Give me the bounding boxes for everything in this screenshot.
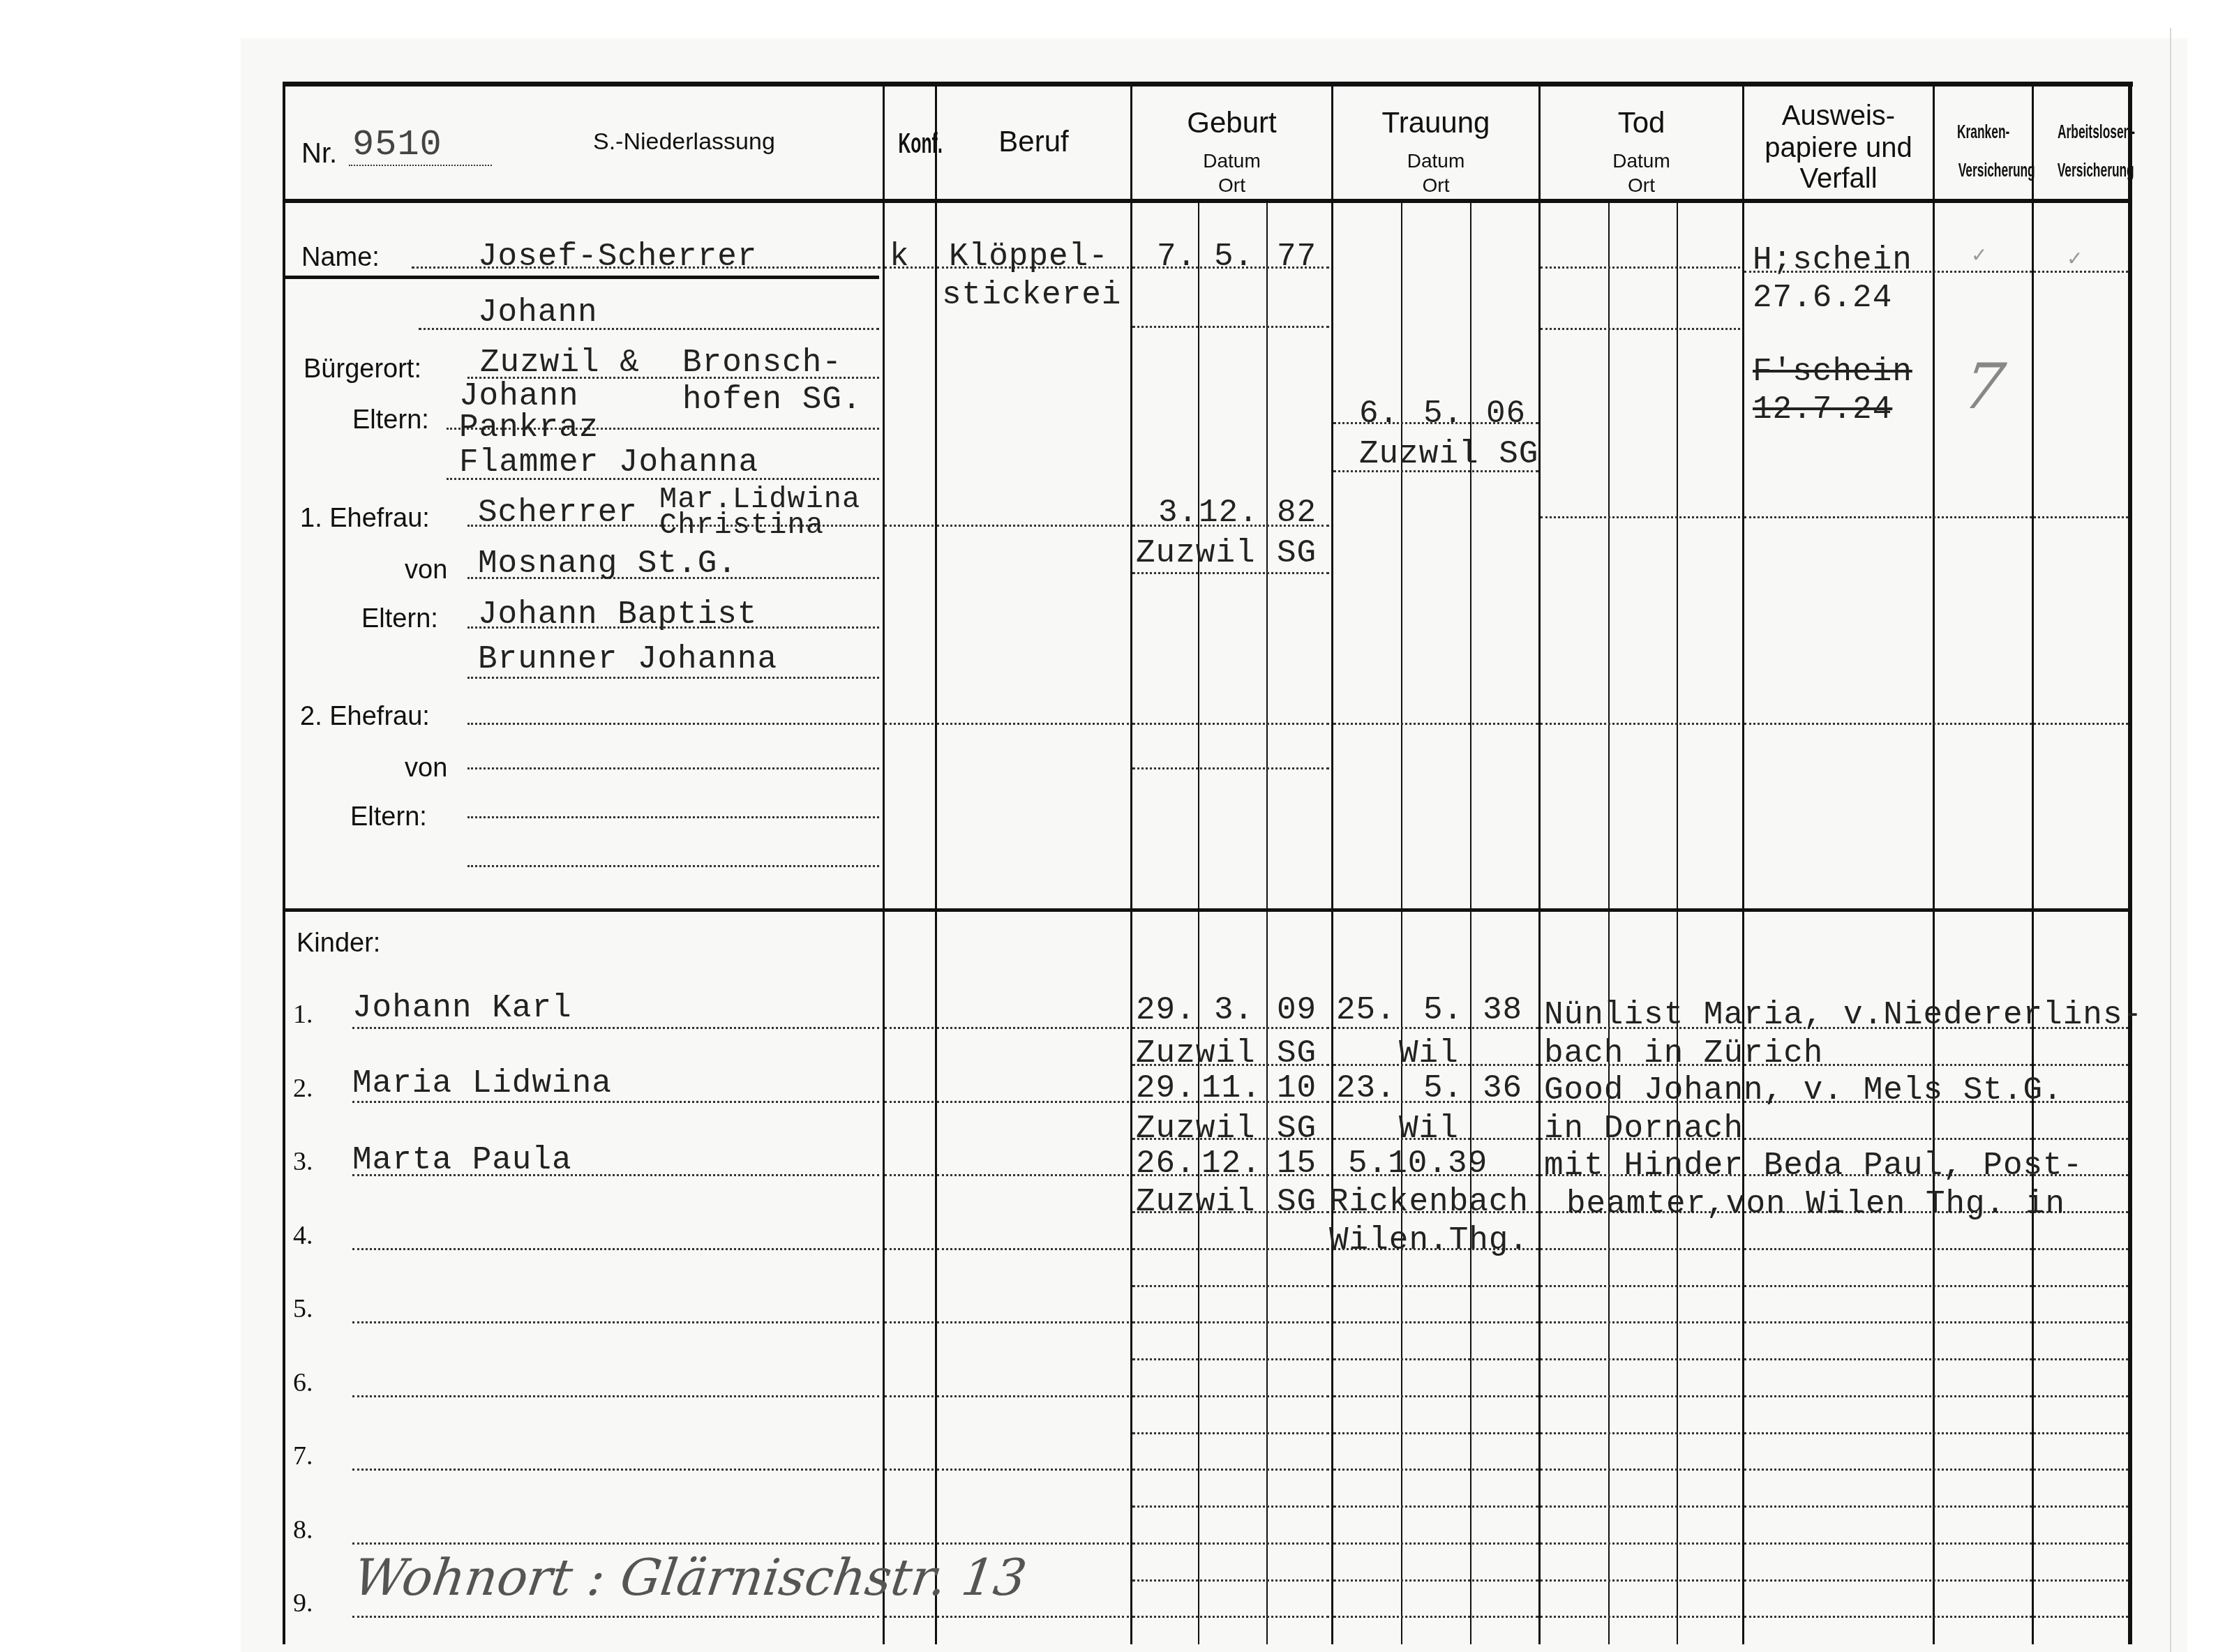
dotline-ehefrau2-trauung	[1333, 723, 1538, 725]
kind-number: 2.	[293, 1075, 313, 1102]
kind-row-mid-dotline	[1132, 1579, 1329, 1582]
kind-row-dotline	[352, 1027, 879, 1029]
right-border	[2128, 82, 2132, 1644]
header-kranken-2: Versicherung	[1935, 160, 2032, 180]
kind-row-dotline	[937, 1027, 1129, 1029]
kind-row-dotline	[1541, 1469, 1740, 1471]
ehefrau1-geburt-monat: 12.	[1199, 497, 1259, 529]
kind-row-mid-dotline	[1541, 1579, 1740, 1582]
kind1-geb-tag: 29.	[1136, 994, 1196, 1026]
kind1-geb-ort-a: Zuzwil	[1136, 1037, 1256, 1069]
kind-row-mid-dotline	[1541, 1358, 1740, 1360]
handwritten-wohnort-note: Wohnort : Glärnischstr. 13	[351, 1552, 1030, 1602]
ehefrau1-geburt-ort-b: SG	[1277, 537, 1317, 569]
kind-row-dotline	[885, 1174, 934, 1176]
col-arbeitslosen-left	[2032, 87, 2034, 1644]
header-kranken-2-text: Versicherung	[1958, 160, 2035, 180]
kranken-check-icon: ✓	[1971, 246, 1987, 265]
kind-row-mid-dotline	[1132, 1505, 1329, 1508]
col-kranken-left	[1933, 87, 1935, 1644]
dotline-ehefrau2-eltern-1	[467, 816, 879, 818]
header-trauung-ort: Ort	[1333, 176, 1538, 195]
kind-row-mid-dotline	[1333, 1579, 1538, 1582]
kind2-geb-monat: 11.	[1201, 1072, 1261, 1104]
kind2-geb-ort-a: Zuzwil	[1136, 1113, 1256, 1145]
trauung-tag: 6.	[1359, 398, 1399, 430]
ehefrau1-eltern-mutter: Brunner Johanna	[478, 643, 777, 675]
document-number: 9510	[352, 127, 442, 163]
kind-number: 8.	[293, 1517, 313, 1543]
kind2-geb-tag: 29.	[1136, 1072, 1196, 1104]
kind1-name: Johann Karl	[352, 992, 572, 1024]
kind-row-dotline	[937, 1542, 1129, 1545]
dotline-ehefrau1-ausweis	[1744, 516, 2128, 518]
dotline-ehefrau2-konf	[885, 723, 934, 725]
label-name: Name:	[301, 244, 380, 271]
kind3-note-1: mit Hinder Beda Paul, Post-	[1544, 1150, 2083, 1182]
top-border	[283, 82, 2133, 87]
trauung-sub2	[1470, 203, 1471, 1644]
dotline-ehefrau2-geburt	[1132, 723, 1329, 725]
col-ausweis-left	[1742, 87, 1744, 1644]
kind-row-dotline	[352, 1321, 879, 1323]
ausweis-1-line1: H;schein	[1753, 244, 1912, 276]
person-konfession: k	[890, 241, 910, 273]
kinder-divider	[283, 908, 2132, 912]
header-arbeitslosen-2: Versicherung	[2034, 160, 2128, 180]
dotline-ehefrau2-von	[467, 767, 879, 769]
kind-row-mid-dotline	[1744, 1579, 2128, 1582]
kind-row-dotline	[885, 1101, 934, 1103]
ehefrau1-geburt-tag: 3.	[1158, 497, 1198, 529]
kind-row-mid-dotline	[1744, 1358, 2128, 1360]
kind-row-mid-dotline	[1132, 1358, 1329, 1360]
trauung-ort: Zuzwil SG	[1359, 438, 1538, 470]
kind-number: 4.	[293, 1222, 313, 1249]
label-buergerort: Bürgerort:	[304, 356, 421, 382]
eltern-vater-2: Pankraz	[459, 412, 599, 444]
tod-sub2	[1677, 203, 1678, 1644]
dotline-ehefrau1-ort	[1132, 572, 1329, 574]
header-trauung-datum: Datum	[1333, 151, 1538, 171]
kind-row-dotline	[1333, 1321, 1538, 1323]
kind1-geb-ort-b: SG	[1277, 1037, 1317, 1069]
kind3-note-2: beamter,von Wilen Thg. in	[1566, 1188, 2065, 1220]
kind-row-dotline	[1132, 1542, 1329, 1545]
kind-row-dotline	[1541, 1616, 1740, 1618]
kind-row-mid-dotline	[1132, 1432, 1329, 1434]
kind-row-dotline	[885, 1542, 934, 1545]
kind-row-dotline	[1132, 1248, 1329, 1250]
col-tod-left	[1538, 87, 1541, 1644]
header-kranken-1-text: Kranken-	[1957, 122, 2009, 142]
trauung-monat: 5.	[1423, 398, 1463, 430]
form-title: S.-Niederlassung	[593, 130, 775, 153]
ehefrau1-eltern-vater: Johann Baptist	[478, 599, 757, 631]
kind1-geb-monat: 3.	[1214, 994, 1254, 1026]
kind-row-dotline	[1132, 1395, 1329, 1397]
kind-row-mid-dotline	[1333, 1285, 1538, 1287]
buergerort-1b: Bronsch-	[682, 347, 842, 379]
kind-number: 3.	[293, 1148, 313, 1175]
kind-row-dotline	[937, 1321, 1129, 1323]
eltern-mutter: Flammer Johanna	[459, 446, 758, 479]
kind-row-mid-dotline	[1541, 1285, 1740, 1287]
eltern-vater-1: Johann	[459, 380, 579, 412]
person-beruf-1: Klöppel-	[949, 241, 1109, 273]
kind-row-dotline	[885, 1027, 934, 1029]
kind-number: 9.	[293, 1590, 313, 1616]
header-arbeitslosen-1-text: Arbeitslosen-	[2058, 122, 2135, 142]
kind1-tr-monat: 5.	[1423, 994, 1463, 1026]
kind-row-dotline	[1333, 1616, 1538, 1618]
kind3-geb-jahr: 15	[1277, 1148, 1317, 1180]
person-name: Josef-Scherrer	[478, 241, 757, 273]
kind3-tr-ort-1: Rickenbach	[1329, 1186, 1529, 1218]
ausweis-2-line1: F'schein	[1753, 356, 1912, 388]
trauung-sub1	[1401, 203, 1402, 1644]
kind-row-dotline	[352, 1469, 879, 1471]
dotline-tod-1	[1541, 266, 1740, 269]
kind2-tr-jahr: 36	[1483, 1072, 1522, 1104]
dotline-ehefrau1-beruf	[937, 525, 1129, 527]
label-ehefrau2: 2. Ehefrau:	[300, 703, 430, 730]
kind-number: 6.	[293, 1369, 313, 1396]
header-arbeitslosen-2-text: Versicherung	[2058, 160, 2134, 180]
ehefrau1-geburt-jahr: 82	[1277, 497, 1317, 529]
kind3-tr-date: 5.10.39	[1348, 1148, 1488, 1180]
col-konf-left	[883, 87, 885, 1644]
kind-row-dotline	[1541, 1248, 1740, 1250]
kind-row-dotline	[1744, 1395, 2128, 1397]
kind-row-dotline	[885, 1248, 934, 1250]
kind-row-dotline	[937, 1248, 1129, 1250]
kind-row-dotline	[937, 1469, 1129, 1471]
kind-row-dotline	[1132, 1321, 1329, 1323]
ehefrau1-vornamen-2: Christina	[659, 511, 824, 540]
kind-row-dotline	[1333, 1469, 1538, 1471]
person-geburt-tag: 7.	[1157, 241, 1197, 273]
arbeitslosen-check-icon: ✓	[2067, 249, 2083, 269]
header-beruf: Beruf	[937, 127, 1130, 156]
dotline-ehefrau2-ort	[1132, 767, 1329, 769]
kind-number: 1.	[293, 1001, 313, 1028]
kind2-tr-ort: Wil	[1399, 1113, 1459, 1145]
kind-row-dotline	[1541, 1395, 1740, 1397]
header-trauung: Trauung	[1333, 108, 1538, 137]
kind3-tr-ort-2: Wilen.Thg.	[1329, 1224, 1529, 1256]
trauung-jahr: 06	[1486, 398, 1526, 430]
person-geburt-monat: 5.	[1214, 241, 1254, 273]
kind-row-dotline	[885, 1395, 934, 1397]
kind-row-dotline	[352, 1542, 879, 1545]
number-dotline	[349, 165, 492, 166]
dotline-ehefrau2-eltern-2	[467, 865, 879, 867]
header-ausweis-1: Ausweis-	[1744, 102, 1933, 130]
ausweis-2-line2: 12.7.24	[1753, 393, 1892, 426]
dotline-ehefrau2-ausweis	[1744, 723, 2128, 725]
geburt-sub2	[1266, 203, 1268, 1644]
kind3-geb-monat: 12.	[1201, 1148, 1261, 1180]
kind-row-dotline	[937, 1101, 1129, 1103]
number-label: Nr.	[301, 140, 337, 167]
label-ehefrau1: 1. Ehefrau:	[300, 505, 430, 532]
kind3-name: Marta Paula	[352, 1144, 572, 1176]
kind3-geb-ort-a: Zuzwil	[1136, 1186, 1256, 1218]
geburt-sub1	[1198, 203, 1199, 1644]
kind1-geb-jahr: 09	[1277, 994, 1317, 1026]
header-konf: Konf.	[885, 130, 935, 158]
kind-number: 5.	[293, 1296, 313, 1322]
kind2-note-2: in Dornach	[1544, 1113, 1744, 1145]
kind-row-dotline	[937, 1616, 1129, 1618]
kind2-note-1: Good Johann, v. Mels St.G.	[1544, 1074, 2063, 1106]
ehefrau1-geburt-ort-a: Zuzwil	[1136, 537, 1256, 569]
kind-row-dotline	[1744, 1321, 2128, 1323]
dotline-ehefrau1-konf	[885, 525, 934, 527]
tod-sub1	[1608, 203, 1610, 1644]
ehefrau1-von: Mosnang St.G.	[478, 548, 737, 580]
header-geburt-ort: Ort	[1132, 176, 1331, 195]
kind2-name: Maria Lidwina	[352, 1067, 612, 1099]
person-vorname: Johann	[478, 296, 598, 329]
kind-row-dotline	[937, 1174, 1129, 1176]
dotline-ehefrau1-tod	[1541, 516, 1740, 518]
kind-row-dotline	[1333, 1542, 1538, 1545]
kind-row-dotline	[1541, 1321, 1740, 1323]
left-border	[283, 82, 285, 1644]
person-beruf-2: stickerei	[942, 279, 1121, 311]
kind-row-mid-dotline	[1744, 1505, 2128, 1508]
ausweis-1-line2: 27.6.24	[1753, 282, 1892, 314]
header-tod-datum: Datum	[1541, 151, 1742, 171]
name-underline	[283, 276, 879, 279]
paper-edge	[2170, 28, 2171, 1652]
kind-number: 7.	[293, 1443, 313, 1469]
kind2-tr-tag: 23.	[1336, 1072, 1396, 1104]
kind-row-mid-dotline	[1132, 1285, 1329, 1287]
header-tod: Tod	[1541, 108, 1742, 137]
label-kinder: Kinder:	[297, 930, 380, 956]
kind-row-dotline	[1132, 1616, 1329, 1618]
header-bottom-border	[283, 199, 2132, 203]
dotline-geburt-2	[1132, 326, 1329, 328]
kind-row-mid-dotline	[1333, 1505, 1538, 1508]
kind-row-dotline	[1744, 1248, 2128, 1250]
label-ehefrau2-eltern: Eltern:	[350, 804, 427, 830]
kind1-note-2: bach in Zürich	[1544, 1037, 1823, 1069]
kind-row-mid-dotline	[1333, 1358, 1538, 1360]
kind2-geb-jahr: 10	[1277, 1072, 1317, 1104]
header-geburt: Geburt	[1132, 108, 1331, 137]
kind-row-mid-dotline	[1333, 1432, 1538, 1434]
kind-row-dotline	[937, 1395, 1129, 1397]
kind1-tr-ort: Wil	[1399, 1037, 1459, 1069]
label-eltern: Eltern:	[352, 407, 429, 433]
kind3-geb-ort-b: SG	[1277, 1186, 1317, 1218]
col-beruf-left	[935, 87, 937, 1644]
kind1-tr-jahr: 38	[1483, 994, 1522, 1026]
kind-row-dotline	[885, 1321, 934, 1323]
kind1-tr-tag: 25.	[1336, 994, 1396, 1026]
col-geburt-left	[1130, 87, 1132, 1644]
header-geburt-datum: Datum	[1132, 151, 1331, 171]
header-tod-ort: Ort	[1541, 176, 1742, 195]
kind-row-dotline	[1541, 1542, 1740, 1545]
buergerort-2: hofen SG.	[682, 384, 862, 416]
label-ehefrau1-von: von	[405, 557, 447, 583]
kind-row-dotline	[1744, 1469, 2128, 1471]
kind-row-dotline	[1744, 1542, 2128, 1545]
kind-row-mid-dotline	[1744, 1432, 2128, 1434]
kind1-note-1: Nünlist Maria, v.Niedererlins-	[1544, 999, 2143, 1031]
kind2-geb-ort-b: SG	[1277, 1113, 1317, 1145]
kind-row-dotline	[352, 1616, 879, 1618]
header-kranken-1: Kranken-	[1935, 122, 2032, 142]
header-ausweis-3: Verfall	[1744, 165, 1933, 193]
header-konf-text: Konf.	[898, 130, 942, 158]
dotline-ehefrau2-beruf	[937, 723, 1129, 725]
ehefrau1-name: Scherrer	[478, 497, 638, 529]
col-trauung-left	[1331, 87, 1333, 1644]
label-ehefrau1-eltern: Eltern:	[361, 606, 438, 632]
kind-row-mid-dotline	[1744, 1285, 2128, 1287]
kind-row-dotline	[1333, 1395, 1538, 1397]
kind2-tr-monat: 5.	[1423, 1072, 1463, 1104]
kind-row-dotline	[1744, 1616, 2128, 1618]
kind-row-dotline	[352, 1248, 879, 1250]
buergerort-1a: Zuzwil &	[480, 347, 640, 379]
kind3-geb-tag: 26.	[1136, 1148, 1196, 1180]
kind-row-mid-dotline	[1541, 1505, 1740, 1508]
label-ehefrau2-von: von	[405, 755, 447, 781]
dotline-ehefrau2-tod	[1541, 723, 1740, 725]
kind-row-dotline	[352, 1395, 879, 1397]
kind-row-mid-dotline	[1744, 1138, 2128, 1140]
kind-row-dotline	[885, 1616, 934, 1618]
kind-row-dotline	[1132, 1469, 1329, 1471]
kind-row-mid-dotline	[1541, 1432, 1740, 1434]
kind-row-dotline	[885, 1469, 934, 1471]
header-ausweis-2: papiere und	[1744, 134, 1933, 162]
header-arbeitslosen-1: Arbeitslosen-	[2034, 122, 2128, 142]
dotline-ehefrau2	[467, 723, 879, 725]
index-card-paper	[241, 38, 2187, 1652]
dotline-tod-2	[1541, 328, 1740, 330]
person-geburt-jahr: 77	[1277, 241, 1317, 273]
